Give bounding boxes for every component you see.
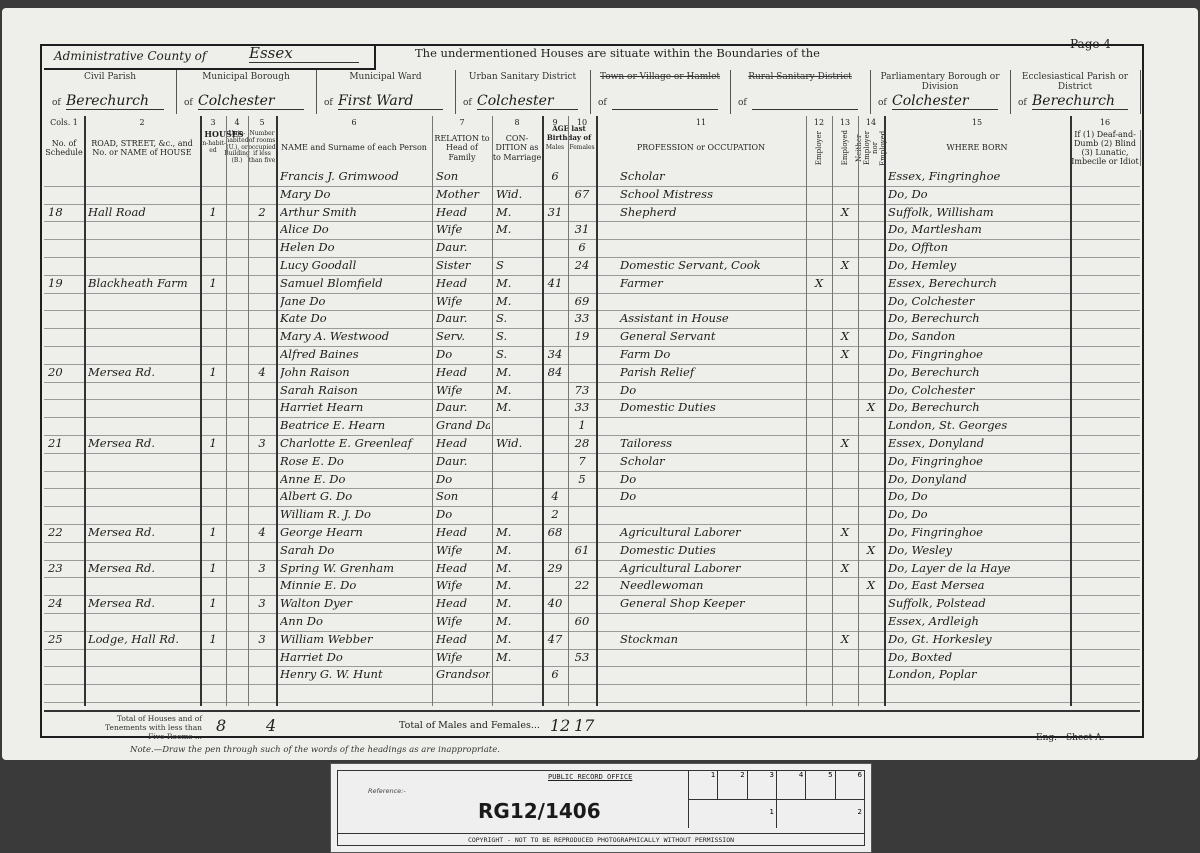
table-row: 20Mersea Rd.14John RaisonHeadM.84Parish … — [44, 364, 1140, 383]
cell-name: Walton Dyer — [280, 595, 430, 613]
cell-neither — [858, 666, 884, 684]
cell-employer — [806, 186, 832, 204]
cell-address — [88, 221, 198, 239]
cell-rooms: 3 — [248, 631, 276, 649]
cell-occupation: General Servant — [600, 328, 824, 346]
cell-inhabited — [200, 257, 226, 275]
cell-employer — [806, 310, 832, 328]
cell-schedule — [48, 399, 82, 417]
cell-name: George Hearn — [280, 524, 430, 542]
column-number: 14 — [858, 118, 884, 128]
cell-occupation: Scholar — [600, 453, 824, 471]
column-header-c8: CON-DITION as to Marriage — [492, 130, 543, 166]
cell-female-age — [568, 666, 596, 684]
cell-employer — [806, 453, 832, 471]
cell-schedule: 20 — [48, 364, 82, 382]
cell-address — [88, 471, 198, 489]
cell-condition — [496, 453, 540, 471]
sheet-reference: Eng.—Sheet A. — [1036, 733, 1104, 743]
cell-condition: S. — [496, 310, 540, 328]
cell-inhabited — [200, 506, 226, 524]
cell-rooms: 2 — [248, 204, 276, 222]
cell-address: Mersea Rd. — [88, 560, 198, 578]
cell-relation: Wife — [436, 542, 490, 560]
cell-address — [88, 186, 198, 204]
column-divider — [492, 116, 493, 706]
cell-rooms: 3 — [248, 560, 276, 578]
column-header-c5: Number of rooms occupied if less than fi… — [248, 130, 277, 166]
column-number: 6 — [276, 118, 432, 128]
empty-row — [44, 684, 1140, 703]
cell-rooms — [248, 186, 276, 204]
table-row: Alice DoWifeM.31Do, Martlesham — [44, 221, 1140, 240]
district-value: Colchester — [892, 93, 998, 110]
district-of: of — [878, 98, 887, 108]
cell-relation: Daur. — [436, 239, 490, 257]
cell-schedule — [48, 471, 82, 489]
cell-address — [88, 577, 198, 595]
table-row: Beatrice E. HearnGrand Daur.1London, St.… — [44, 417, 1140, 436]
column-number: 11 — [596, 118, 806, 128]
cell-occupation: Needlewoman — [600, 577, 824, 595]
cell-relation: Head — [436, 560, 490, 578]
cell-inhabited — [200, 542, 226, 560]
cell-relation: Wife — [436, 382, 490, 400]
cell-born: Essex, Donyland — [888, 435, 1068, 453]
cell-employer — [806, 506, 832, 524]
cell-schedule: 22 — [48, 524, 82, 542]
cell-neither — [858, 506, 884, 524]
cell-occupation: Do — [600, 488, 824, 506]
cell-male-age: 41 — [542, 275, 568, 293]
table-row: Henry G. W. HuntGrandson6London, Poplar — [44, 666, 1140, 685]
cell-employed: X — [832, 257, 858, 275]
page-number: Page 4 — [1070, 37, 1111, 51]
cell-female-age: 5 — [568, 471, 596, 489]
cell-female-age: 31 — [568, 221, 596, 239]
cell-rooms: 3 — [248, 595, 276, 613]
cell-born: Do, Sandon — [888, 328, 1068, 346]
cell-male-age — [542, 417, 568, 435]
cell-neither — [858, 488, 884, 506]
cell-female-age — [568, 346, 596, 364]
cell-female-age: 61 — [568, 542, 596, 560]
cell-address — [88, 542, 198, 560]
cell-schedule — [48, 346, 82, 364]
cell-neither — [858, 649, 884, 667]
column-header-text: PROFESSION or OCCUPATION — [637, 143, 765, 152]
cell-schedule — [48, 310, 82, 328]
cell-female-age: 24 — [568, 257, 596, 275]
cell-address — [88, 257, 198, 275]
cell-name: Samuel Blomfield — [280, 275, 430, 293]
cell-female-age: 1 — [568, 417, 596, 435]
district-title: Rural Sanitary District — [730, 72, 870, 82]
cell-male-age — [542, 649, 568, 667]
cell-male-age: 31 — [542, 204, 568, 222]
column-divider — [596, 116, 598, 706]
cell-female-age — [568, 560, 596, 578]
cell-relation: Sister — [436, 257, 490, 275]
cell-employer — [806, 471, 832, 489]
cell-born: Essex, Ardleigh — [888, 613, 1068, 631]
cell-schedule — [48, 542, 82, 560]
column-number: 2 — [84, 118, 200, 128]
table-row: Mary A. WestwoodServ.S.19General Servant… — [44, 328, 1140, 347]
cell-condition: S. — [496, 346, 540, 364]
cell-inhabited — [200, 453, 226, 471]
cell-male-age — [542, 613, 568, 631]
cell-condition: M. — [496, 382, 540, 400]
cell-relation: Grandson — [436, 666, 490, 684]
cell-neither — [858, 239, 884, 257]
cell-neither — [858, 204, 884, 222]
cell-name: Lucy Goodall — [280, 257, 430, 275]
cell-born: Do, Fingringhoe — [888, 524, 1068, 542]
cell-schedule — [48, 257, 82, 275]
cell-schedule: 21 — [48, 435, 82, 453]
table-row: Sarah RaisonWifeM.73DoDo, Colchester — [44, 382, 1140, 401]
reference-strip: PUBLIC RECORD OFFICE Reference:- RG12/14… — [330, 763, 872, 853]
cell-rooms: 4 — [248, 364, 276, 382]
column-header-text: NAME and Surname of each Person — [281, 143, 427, 152]
cell-born: London, St. Georges — [888, 417, 1068, 435]
cell-name: Anne E. Do — [280, 471, 430, 489]
cell-employer — [806, 399, 832, 417]
cell-female-age — [568, 631, 596, 649]
cell-name: Helen Do — [280, 239, 430, 257]
cell-rooms — [248, 417, 276, 435]
column-divider — [248, 116, 249, 706]
cell-occupation: Parish Relief — [600, 364, 824, 382]
cell-condition: M. — [496, 204, 540, 222]
column-number: 7 — [432, 118, 492, 128]
table-row: 24Mersea Rd.13Walton DyerHeadM.40General… — [44, 595, 1140, 614]
cell-name: William Webber — [280, 631, 430, 649]
cell-occupation: Scholar — [600, 168, 824, 186]
cell-schedule — [48, 382, 82, 400]
cell-neither: X — [858, 542, 884, 560]
cell-condition: Wid. — [496, 186, 540, 204]
cell-employer — [806, 239, 832, 257]
cell-inhabited — [200, 221, 226, 239]
table-row: 22Mersea Rd.14George HearnHeadM.68Agricu… — [44, 524, 1140, 543]
reference-code: RG12/1406 — [478, 799, 601, 823]
cell-address — [88, 506, 198, 524]
cell-employer — [806, 577, 832, 595]
houses-total: 8 — [216, 716, 226, 735]
cell-female-age: 6 — [568, 239, 596, 257]
table-row: Harriet HearnDaur.M.33Domestic DutiesXDo… — [44, 399, 1140, 418]
cell-neither: X — [858, 399, 884, 417]
cell-employed: X — [832, 524, 858, 542]
cell-occupation: Domestic Duties — [600, 542, 824, 560]
district-value — [752, 109, 858, 110]
cell-name: Jane Do — [280, 293, 430, 311]
cell-relation: Grand Daur. — [436, 417, 490, 435]
cell-male-age — [542, 577, 568, 595]
cell-inhabited — [200, 186, 226, 204]
cell-address — [88, 328, 198, 346]
cell-rooms — [248, 310, 276, 328]
cell-name: Ann Do — [280, 613, 430, 631]
cell-female-age: 7 — [568, 453, 596, 471]
table-row: Lucy GoodallSisterS24Domestic Servant, C… — [44, 257, 1140, 276]
cell-condition — [496, 168, 540, 186]
cell-female-age — [568, 168, 596, 186]
cell-occupation — [600, 649, 824, 667]
district-3: Urban Sanitary DistrictofColchester — [455, 70, 591, 114]
boundaries-text: The undermentioned Houses are situate wi… — [415, 46, 820, 60]
cell-employer — [806, 649, 832, 667]
cell-female-age: 28 — [568, 435, 596, 453]
cell-address — [88, 417, 198, 435]
cell-inhabited — [200, 488, 226, 506]
cell-occupation: Shepherd — [600, 204, 824, 222]
column-divider — [858, 116, 859, 706]
cell-employer — [806, 613, 832, 631]
cell-condition: Wid. — [496, 435, 540, 453]
totals-row: Total of Houses and of Tenements with le… — [44, 710, 1140, 742]
cell-address — [88, 399, 198, 417]
cell-born: Do, Berechurch — [888, 310, 1068, 328]
district-title: Town or Village or Hamlet — [590, 72, 730, 82]
cell-schedule: 24 — [48, 595, 82, 613]
column-divider — [806, 116, 807, 706]
cell-relation: Wife — [436, 577, 490, 595]
cell-employer — [806, 328, 832, 346]
cell-male-age: 6 — [542, 168, 568, 186]
cell-employed: X — [832, 631, 858, 649]
cell-employer — [806, 221, 832, 239]
cell-condition: M. — [496, 613, 540, 631]
cell-employer — [806, 595, 832, 613]
column-header-text: Females — [569, 145, 594, 152]
cell-relation: Daur. — [436, 399, 490, 417]
cell-neither — [858, 168, 884, 186]
cell-rooms — [248, 471, 276, 489]
cell-male-age — [542, 453, 568, 471]
cell-inhabited: 1 — [200, 631, 226, 649]
cell-employed — [832, 471, 858, 489]
district-title: Urban Sanitary District — [455, 72, 590, 82]
district-value: Colchester — [477, 93, 578, 110]
cell-employed — [832, 506, 858, 524]
cell-relation: Son — [436, 488, 490, 506]
cell-inhabited — [200, 346, 226, 364]
cell-inhabited — [200, 399, 226, 417]
column-header-text: No. of Schedule — [44, 139, 84, 157]
cell-schedule — [48, 168, 82, 186]
column-number: 13 — [832, 118, 858, 128]
cell-occupation — [600, 221, 824, 239]
cell-employed — [832, 595, 858, 613]
cell-female-age — [568, 506, 596, 524]
column-header-text: CON-DITION as to Marriage — [492, 134, 542, 162]
cell-employer — [806, 417, 832, 435]
cell-employer — [806, 364, 832, 382]
cell-inhabited: 1 — [200, 560, 226, 578]
cell-male-age: 68 — [542, 524, 568, 542]
ruler-tick-label: 1 — [689, 800, 777, 828]
column-divider — [84, 116, 86, 706]
column-number: 3 — [200, 118, 226, 128]
district-of: of — [324, 98, 333, 108]
houses-header: HOUSES — [200, 129, 248, 139]
column-header-c2: ROAD, STREET, &c., and No. or NAME of HO… — [84, 130, 201, 166]
cell-employed — [832, 364, 858, 382]
cell-address — [88, 649, 198, 667]
table-row: Sarah DoWifeM.61Domestic DutiesXDo, Wesl… — [44, 542, 1140, 561]
cell-born: Do, Martlesham — [888, 221, 1068, 239]
cell-born: Do, Offton — [888, 239, 1068, 257]
cell-born: Do, Berechurch — [888, 399, 1068, 417]
cell-male-age: 47 — [542, 631, 568, 649]
cell-schedule — [48, 506, 82, 524]
cell-occupation: Farm Do — [600, 346, 824, 364]
cell-female-age: 69 — [568, 293, 596, 311]
cell-inhabited: 1 — [200, 435, 226, 453]
cell-rooms — [248, 453, 276, 471]
county-value: Essex — [249, 44, 359, 63]
cell-female-age — [568, 275, 596, 293]
cell-neither: X — [858, 577, 884, 595]
cell-born: Do, Donyland — [888, 471, 1068, 489]
cell-condition: M. — [496, 649, 540, 667]
table-row: Anne E. DoDo5DoDo, Donyland — [44, 471, 1140, 490]
cell-occupation: Tailoress — [600, 435, 824, 453]
cell-employer — [806, 631, 832, 649]
houses-total-label: Total of Houses and of Tenements with le… — [92, 714, 202, 741]
cell-name: Henry G. W. Hunt — [280, 666, 430, 684]
cell-male-age — [542, 186, 568, 204]
table-row: Albert G. DoSon4DoDo, Do — [44, 488, 1140, 507]
cell-female-age: 53 — [568, 649, 596, 667]
cell-neither — [858, 524, 884, 542]
cell-born: Do, Fingringhoe — [888, 453, 1068, 471]
cell-condition: S — [496, 257, 540, 275]
cell-relation: Wife — [436, 221, 490, 239]
cell-born: Do, Gt. Horkesley — [888, 631, 1068, 649]
cell-neither — [858, 328, 884, 346]
copyright-notice: COPYRIGHT - NOT TO BE REPRODUCED PHOTOGR… — [338, 833, 864, 844]
cell-rooms — [248, 399, 276, 417]
cell-condition — [496, 417, 540, 435]
ruler-tick-label: 1 — [689, 771, 718, 799]
cell-relation: Daur. — [436, 453, 490, 471]
cell-name: Sarah Do — [280, 542, 430, 560]
column-number: 15 — [884, 118, 1070, 128]
reference-label: Reference:- — [368, 787, 406, 795]
column-header-text: Employed — [841, 130, 849, 165]
district-title: Ecclesiastical Parish or District — [1010, 72, 1140, 92]
cell-rooms — [248, 649, 276, 667]
cell-relation: Do — [436, 506, 490, 524]
cell-female-age: 73 — [568, 382, 596, 400]
cell-name: Alice Do — [280, 221, 430, 239]
district-of: of — [52, 98, 61, 108]
cell-rooms — [248, 613, 276, 631]
cell-condition — [496, 666, 540, 684]
district-4: Town or Village or Hamletof — [590, 70, 731, 114]
cell-born: London, Poplar — [888, 666, 1068, 684]
cell-condition: M. — [496, 595, 540, 613]
column-header-text: In-habit-ed — [200, 141, 226, 155]
cell-relation: Head — [436, 364, 490, 382]
cell-address — [88, 666, 198, 684]
cell-name: Harriet Hearn — [280, 399, 430, 417]
cell-occupation: Do — [600, 471, 824, 489]
table-row: Harriet DoWifeM.53Do, Boxted — [44, 649, 1140, 668]
cell-name: Charlotte E. Greenleaf — [280, 435, 430, 453]
cell-employer: X — [806, 275, 832, 293]
table-row: Francis J. GrimwoodSon6ScholarEssex, Fin… — [44, 168, 1140, 187]
table-row: Kate DoDaur.S.33Assistant in HouseDo, Be… — [44, 310, 1140, 329]
cell-employer — [806, 346, 832, 364]
column-header-c15: WHERE BORN — [884, 130, 1071, 166]
cell-schedule — [48, 666, 82, 684]
cell-born: Do, Colchester — [888, 293, 1068, 311]
table-row: 19Blackheath Farm1Samuel BlomfieldHeadM.… — [44, 275, 1140, 294]
cell-employed: X — [832, 328, 858, 346]
cell-neither — [858, 310, 884, 328]
cell-employer — [806, 524, 832, 542]
cell-inhabited — [200, 239, 226, 257]
cell-name: Arthur Smith — [280, 204, 430, 222]
column-divider — [832, 116, 833, 706]
table-row: Rose E. DoDaur.7ScholarDo, Fingringhoe — [44, 453, 1140, 472]
cell-occupation: School Mistress — [600, 186, 824, 204]
cell-female-age — [568, 524, 596, 542]
cell-neither — [858, 453, 884, 471]
cell-relation: Head — [436, 524, 490, 542]
district-value — [612, 109, 718, 110]
cell-rooms — [248, 257, 276, 275]
table-row: 23Mersea Rd.13Spring W. GrenhamHeadM.29A… — [44, 560, 1140, 579]
cell-relation: Son — [436, 168, 490, 186]
cell-inhabited: 1 — [200, 595, 226, 613]
cell-address — [88, 346, 198, 364]
cell-name: John Raison — [280, 364, 430, 382]
cell-employed — [832, 613, 858, 631]
cell-born: Do, East Mersea — [888, 577, 1068, 595]
cell-inhabited — [200, 382, 226, 400]
cell-address — [88, 310, 198, 328]
cell-employed — [832, 453, 858, 471]
cell-relation: Mother — [436, 186, 490, 204]
column-divider — [432, 116, 433, 706]
cell-employed: X — [832, 435, 858, 453]
cell-born: Do, Boxted — [888, 649, 1068, 667]
cell-born: Do, Fingringhoe — [888, 346, 1068, 364]
administrative-county: Administrative County of Essex — [44, 44, 376, 70]
table-row: Minnie E. DoWifeM.22NeedlewomanXDo, East… — [44, 577, 1140, 596]
cell-neither — [858, 293, 884, 311]
cell-rooms — [248, 488, 276, 506]
cell-male-age — [542, 328, 568, 346]
cell-address — [88, 453, 198, 471]
district-value: First Ward — [338, 93, 443, 110]
cell-inhabited: 1 — [200, 524, 226, 542]
district-value: Berechurch — [66, 93, 164, 110]
column-header-c11: PROFESSION or OCCUPATION — [596, 130, 807, 166]
district-6: Parliamentary Borough or DivisionofColch… — [870, 70, 1011, 114]
district-1: Municipal BoroughofColchester — [176, 70, 317, 114]
column-header-c14: Neither Employer nor Employed — [858, 130, 885, 166]
cell-inhabited: 1 — [200, 204, 226, 222]
cell-relation: Head — [436, 631, 490, 649]
ruler-tick-label: 4 — [777, 771, 806, 799]
